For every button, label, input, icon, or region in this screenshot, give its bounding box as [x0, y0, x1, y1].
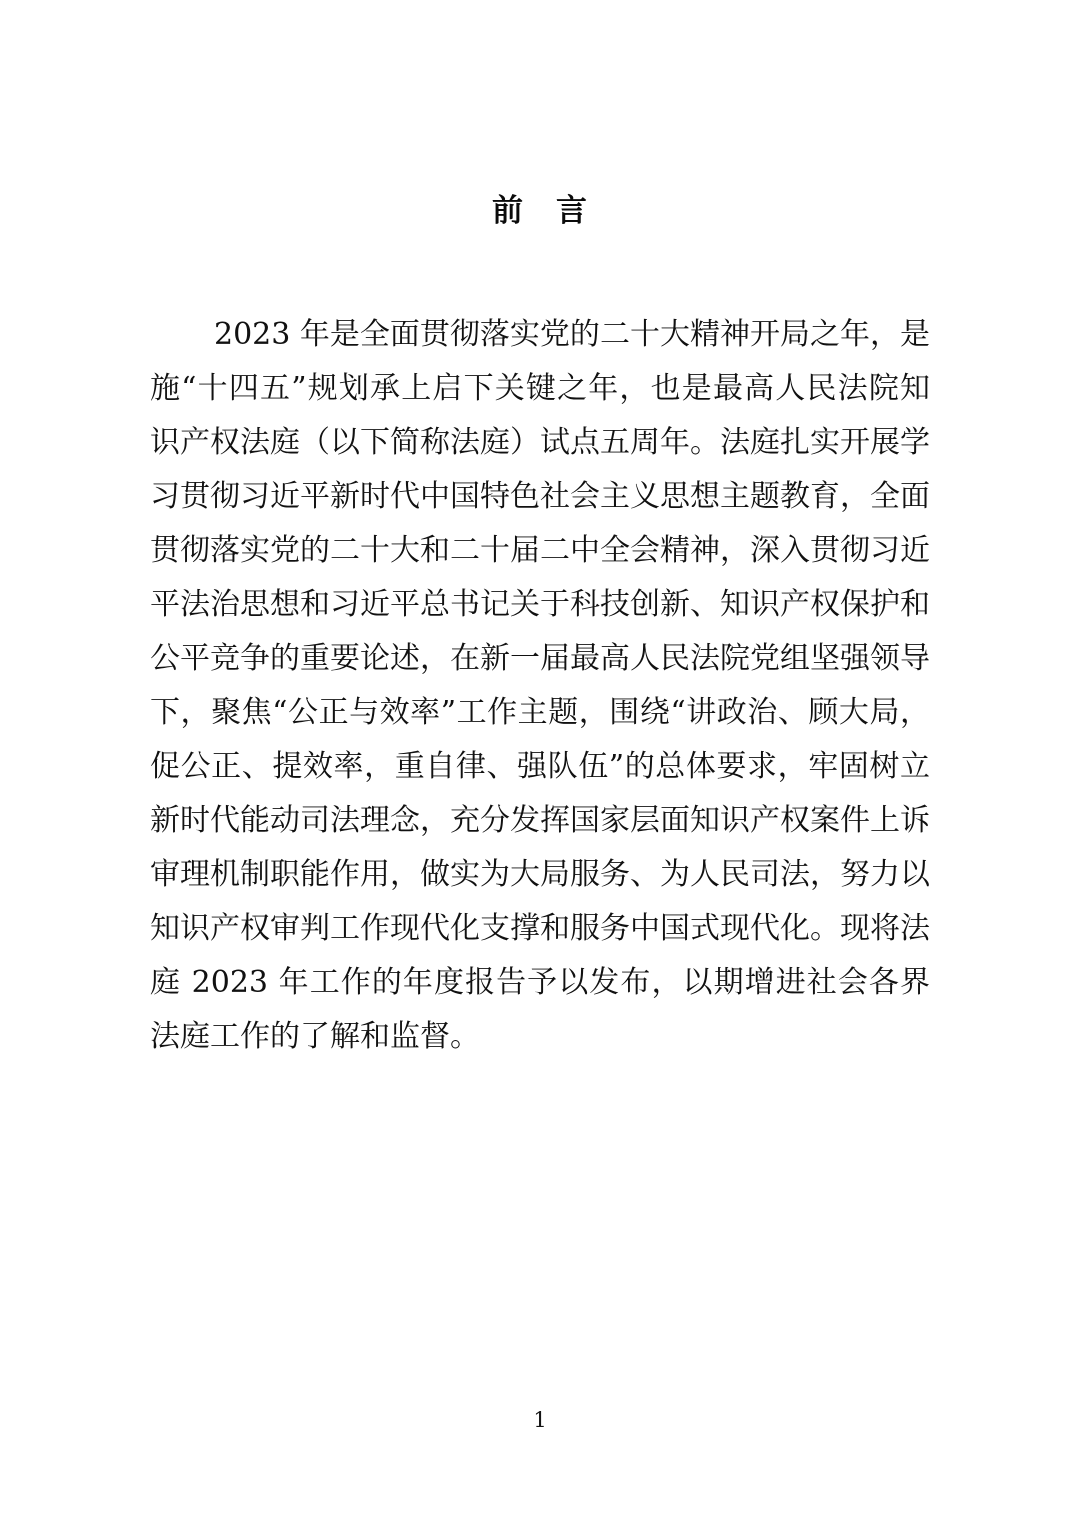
preface-paragraph: 2023 年是全面贯彻落实党的二十大精神开局之年，是实 施“十四五”规划承上启下…: [150, 308, 930, 1064]
paragraph-line: 新时代能动司法理念，充分发挥国家层面知识产权案件上诉: [150, 794, 930, 848]
paragraph-line: 法庭工作的了解和监督。: [150, 1010, 930, 1064]
paragraph-line: 庭 2023 年工作的年度报告予以发布，以期增进社会各界对: [150, 956, 930, 1010]
paragraph-line: 审理机制职能作用，做实为大局服务、为人民司法，努力以: [150, 848, 930, 902]
paragraph-line: 贯彻落实党的二十大和二十届二中全会精神，深入贯彻习近: [150, 524, 930, 578]
paragraph-line: 知识产权审判工作现代化支撑和服务中国式现代化。现将法: [150, 902, 930, 956]
paragraph-line: 下，聚焦“公正与效率”工作主题，围绕“讲政治、顾大局，: [150, 686, 930, 740]
paragraph-line: 平法治思想和习近平总书记关于科技创新、知识产权保护和: [150, 578, 930, 632]
paragraph-line: 施“十四五”规划承上启下关键之年，也是最高人民法院知: [150, 362, 930, 416]
page-title: 前 言: [0, 190, 1080, 232]
page-number: 1: [0, 1406, 1080, 1434]
paragraph-line: 公平竞争的重要论述，在新一届最高人民法院党组坚强领导: [150, 632, 930, 686]
paragraph-line: 促公正、提效率，重自律、强队伍”的总体要求，牢固树立: [150, 740, 930, 794]
paragraph-line: 2023 年是全面贯彻落实党的二十大精神开局之年，是实: [150, 308, 930, 362]
paragraph-line: 识产权法庭（以下简称法庭）试点五周年。法庭扎实开展学: [150, 416, 930, 470]
document-page: 前 言 2023 年是全面贯彻落实党的二十大精神开局之年，是实 施“十四五”规划…: [0, 0, 1080, 1527]
paragraph-line: 习贯彻习近平新时代中国特色社会主义思想主题教育，全面: [150, 470, 930, 524]
